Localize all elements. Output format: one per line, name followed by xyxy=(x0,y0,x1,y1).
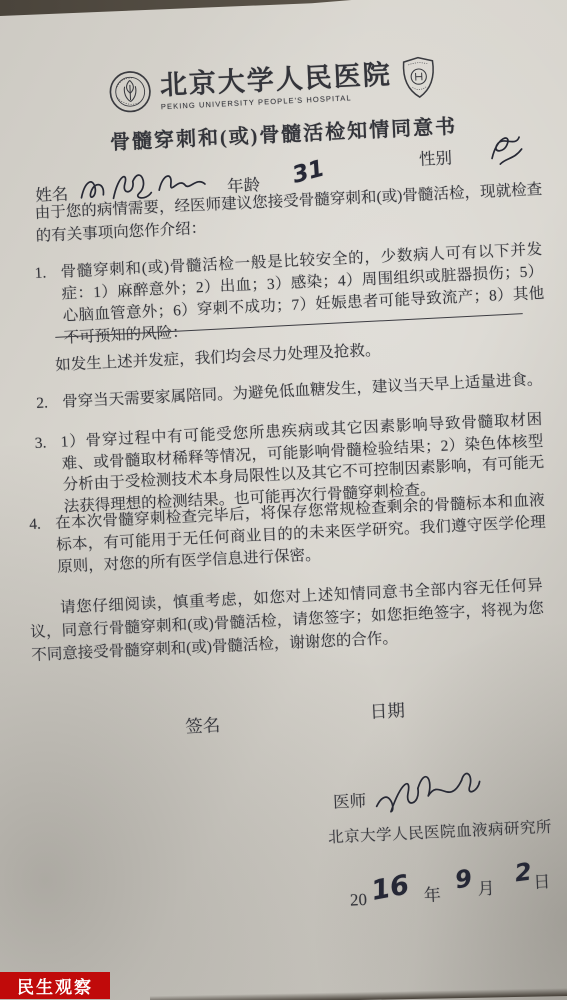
month-handwritten: 9 xyxy=(453,864,474,894)
watermark-badge: 民生观察 xyxy=(0,972,110,999)
date-label: 日期 xyxy=(369,697,405,724)
hospital-header: 北京大学人民医院 PEKING UNIVERSITY PEOPLE'S HOSP… xyxy=(107,47,439,122)
date-prefix: 20 xyxy=(350,890,368,911)
day-suffix: 日 xyxy=(533,867,551,893)
gender-handwritten-mark xyxy=(481,127,529,171)
gender-label: 性别 xyxy=(418,144,452,170)
doctor-signature xyxy=(367,759,488,822)
date-line: 20 16 年 9 月 2 日 xyxy=(337,867,559,929)
consent-form-paper: 北京大学人民医院 PEKING UNIVERSITY PEOPLE'S HOSP… xyxy=(0,0,567,1000)
year-suffix: 年 xyxy=(423,880,441,906)
item-2-number: 2. xyxy=(36,391,63,415)
item-4-number: 4. xyxy=(29,513,58,580)
closing-paragraph: 请您仔细阅读，慎重考虑，如您对上述知情同意书全部内容无任何异议，同意行骨髓穿刺和… xyxy=(29,574,546,667)
peoples-hospital-shield-icon xyxy=(398,47,439,109)
year-handwritten: 16 xyxy=(369,869,412,906)
item-2-text: 骨穿当天需要家属陪同。为避免低血糖发生，建议当天早上适量进食。 xyxy=(62,368,545,414)
signature-row: 签名 日期 xyxy=(0,690,567,747)
item-3-number: 3. xyxy=(34,432,64,519)
institute-name: 北京大学人民医院血液病研究所 xyxy=(328,815,561,848)
month-suffix: 月 xyxy=(477,874,495,900)
peking-university-seal-icon xyxy=(107,62,154,122)
doctor-label: 医师 xyxy=(332,787,366,813)
hospital-name-block: 北京大学人民医院 PEKING UNIVERSITY PEOPLE'S HOSP… xyxy=(159,59,393,111)
consent-item-2: 2. 骨穿当天需要家属陪同。为避免低血糖发生，建议当天早上适量进食。 xyxy=(36,368,545,415)
day-handwritten: 2 xyxy=(513,858,533,888)
sign-label: 签名 xyxy=(185,712,221,739)
age-handwritten-value: 31 xyxy=(290,155,328,188)
